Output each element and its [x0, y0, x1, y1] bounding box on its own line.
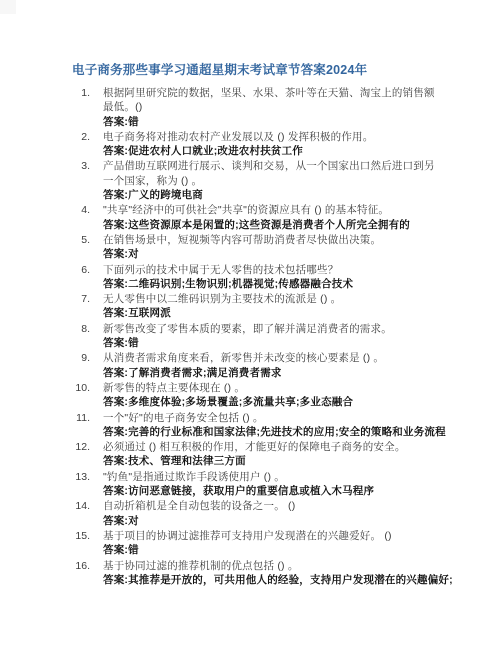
question-text: "钓鱼"是指通过欺诈手段诱使用户 () 。 [103, 470, 443, 484]
question-number: 4. [72, 203, 90, 217]
question-item: 9. 从消费者需求角度来看，新零售并未改变的核心要素是 () 。 答案:了解消费… [72, 351, 500, 380]
question-item: 2. 电子商务将对推动农村产业发展以及 () 发挥积极的作用。 答案:促进农村人… [72, 130, 500, 159]
question-text: 新零售的特点主要体现在 () 。 [103, 381, 443, 395]
question-body: 下面列示的技术中属于无人零售的技术包括哪些？ 答案:二维码识别;生物识别;机器视… [103, 263, 500, 292]
question-text: 自动折箱机是全自动包装的设备之一。 () [103, 499, 443, 513]
question-text: 基于协同过滤的推荐机制的优点包括 () 。 [103, 559, 443, 573]
question-item: 7. 无人零售中以二维码识别为主要技术的流派是 () 。 答案:互联网派 [72, 292, 500, 321]
question-body: 产品借助互联网进行展示、谈判和交易，从一个国家出口然后进口到另一个国家，称为 (… [103, 159, 500, 202]
question-body: 新零售改变了零售本质的要素，即了解并满足消费者的需求。 答案:错 [103, 322, 500, 351]
question-text: 无人零售中以二维码识别为主要技术的流派是 () 。 [103, 292, 443, 306]
question-item: 10. 新零售的特点主要体现在 () 。 答案:多维度体验;多场景覆盖;多流量共… [72, 381, 500, 410]
question-item: 13. "钓鱼"是指通过欺诈手段诱使用户 () 。 答案:访问恶意链接，获取用户… [72, 470, 500, 499]
question-text: 下面列示的技术中属于无人零售的技术包括哪些？ [103, 263, 443, 277]
question-number: 1. [72, 86, 90, 100]
question-number: 13. [72, 470, 90, 484]
question-text: 基于项目的协调过滤推荐可支持用户发现潜在的兴趣爱好。 () [103, 529, 443, 543]
question-item: 11. 一个"好"的电子商务安全包括 () 。 答案:完善的行业标准和国家法律;… [72, 411, 500, 440]
question-number: 12. [72, 440, 90, 454]
question-body: 无人零售中以二维码识别为主要技术的流派是 () 。 答案:互联网派 [103, 292, 500, 321]
document-page: 电子商务那些事学习通超星期末考试章节答案2024年 1. 根据阿里研究院的数据，… [0, 0, 500, 647]
answer-text: 答案:促进农村人口就业;改进农村扶贫工作 [103, 144, 500, 158]
question-number: 7. [72, 292, 90, 306]
question-body: 必须通过 () 相互积极的作用，才能更好的保障电子商务的安全。 答案:技术、管理… [103, 440, 500, 469]
question-number: 8. [72, 322, 90, 336]
question-body: "共享"经济中的可供社会"共享"的资源应具有 () 的基本特征。 答案:这些资源… [103, 203, 500, 232]
answer-text: 答案:二维码识别;生物识别;机器视觉;传感器融合技术 [103, 277, 500, 291]
question-item: 15. 基于项目的协调过滤推荐可支持用户发现潜在的兴趣爱好。 () 答案:错 [72, 529, 500, 558]
answer-text: 答案:访问恶意链接，获取用户的重要信息或植入木马程序 [103, 484, 500, 498]
question-item: 1. 根据阿里研究院的数据，坚果、水果、茶叶等在天猫、淘宝上的销售额最低。() … [72, 86, 500, 129]
answer-text: 答案:对 [103, 247, 500, 261]
answer-text: 答案:完善的行业标准和国家法律;先进技术的应用;安全的策略和业务流程 [103, 425, 500, 439]
answer-text: 答案:这些资源原本是闲置的;这些资源是消费者个人所完全拥有的 [103, 218, 500, 232]
question-body: 自动折箱机是全自动包装的设备之一。 () 答案:对 [103, 499, 500, 528]
answer-text: 答案:对 [103, 514, 500, 528]
question-text: 一个"好"的电子商务安全包括 () 。 [103, 411, 443, 425]
answer-text: 答案:互联网派 [103, 306, 500, 320]
question-body: 基于协同过滤的推荐机制的优点包括 () 。 答案:其推荐是开放的，可共用他人的经… [103, 559, 500, 588]
answer-text: 答案:其推荐是开放的，可共用他人的经验，支持用户发现潜在的兴趣偏好; [103, 573, 500, 587]
question-number: 14. [72, 499, 90, 513]
question-body: 在销售场景中，短视频等内容可帮助消费者尽快做出决策。 答案:对 [103, 233, 500, 262]
question-number: 5. [72, 233, 90, 247]
question-item: 5. 在销售场景中，短视频等内容可帮助消费者尽快做出决策。 答案:对 [72, 233, 500, 262]
question-body: 新零售的特点主要体现在 () 。 答案:多维度体验;多场景覆盖;多流量共享;多业… [103, 381, 500, 410]
question-item: 4. "共享"经济中的可供社会"共享"的资源应具有 () 的基本特征。 答案:这… [72, 203, 500, 232]
question-body: 根据阿里研究院的数据，坚果、水果、茶叶等在天猫、淘宝上的销售额最低。() 答案:… [103, 86, 500, 129]
question-text: 电子商务将对推动农村产业发展以及 () 发挥积极的作用。 [103, 130, 443, 144]
question-body: "钓鱼"是指通过欺诈手段诱使用户 () 。 答案:访问恶意链接，获取用户的重要信… [103, 470, 500, 499]
answer-text: 答案:技术、管理和法律三方面 [103, 454, 500, 468]
question-text: 从消费者需求角度来看，新零售并未改变的核心要素是 () 。 [103, 351, 443, 365]
question-number: 9. [72, 351, 90, 365]
answer-text: 答案:多维度体验;多场景覆盖;多流量共享;多业态融合 [103, 395, 500, 409]
question-body: 一个"好"的电子商务安全包括 () 。 答案:完善的行业标准和国家法律;先进技术… [103, 411, 500, 440]
question-item: 16. 基于协同过滤的推荐机制的优点包括 () 。 答案:其推荐是开放的，可共用… [72, 559, 500, 588]
question-body: 电子商务将对推动农村产业发展以及 () 发挥积极的作用。 答案:促进农村人口就业… [103, 130, 500, 159]
answer-text: 答案:广义的跨境电商 [103, 188, 500, 202]
question-number: 15. [72, 529, 90, 543]
answer-text: 答案:错 [103, 543, 500, 557]
page-title: 电子商务那些事学习通超星期末考试章节答案2024年 [72, 63, 470, 78]
corner-shade [0, 0, 16, 14]
question-item: 3. 产品借助互联网进行展示、谈判和交易，从一个国家出口然后进口到另一个国家，称… [72, 159, 500, 202]
question-text: 必须通过 () 相互积极的作用，才能更好的保障电子商务的安全。 [103, 440, 443, 454]
question-text: 新零售改变了零售本质的要素，即了解并满足消费者的需求。 [103, 322, 443, 336]
answer-text: 答案:错 [103, 336, 500, 350]
question-number: 3. [72, 159, 90, 173]
question-number: 11. [72, 411, 90, 425]
question-body: 从消费者需求角度来看，新零售并未改变的核心要素是 () 。 答案:了解消费者需求… [103, 351, 500, 380]
question-list: 1. 根据阿里研究院的数据，坚果、水果、茶叶等在天猫、淘宝上的销售额最低。() … [72, 86, 500, 587]
question-number: 16. [72, 559, 90, 573]
question-number: 10. [72, 381, 90, 395]
question-item: 6. 下面列示的技术中属于无人零售的技术包括哪些？ 答案:二维码识别;生物识别;… [72, 263, 500, 292]
question-text: 产品借助互联网进行展示、谈判和交易，从一个国家出口然后进口到另一个国家，称为 (… [103, 159, 443, 188]
question-item: 12. 必须通过 () 相互积极的作用，才能更好的保障电子商务的安全。 答案:技… [72, 440, 500, 469]
question-text: 根据阿里研究院的数据，坚果、水果、茶叶等在天猫、淘宝上的销售额最低。() [103, 86, 443, 115]
question-text: 在销售场景中，短视频等内容可帮助消费者尽快做出决策。 [103, 233, 443, 247]
question-number: 2. [72, 130, 90, 144]
question-item: 14. 自动折箱机是全自动包装的设备之一。 () 答案:对 [72, 499, 500, 528]
answer-text: 答案:错 [103, 115, 500, 129]
question-number: 6. [72, 263, 90, 277]
question-item: 8. 新零售改变了零售本质的要素，即了解并满足消费者的需求。 答案:错 [72, 322, 500, 351]
question-text: "共享"经济中的可供社会"共享"的资源应具有 () 的基本特征。 [103, 203, 443, 217]
answer-text: 答案:了解消费者需求;满足消费者需求 [103, 366, 500, 380]
question-body: 基于项目的协调过滤推荐可支持用户发现潜在的兴趣爱好。 () 答案:错 [103, 529, 500, 558]
